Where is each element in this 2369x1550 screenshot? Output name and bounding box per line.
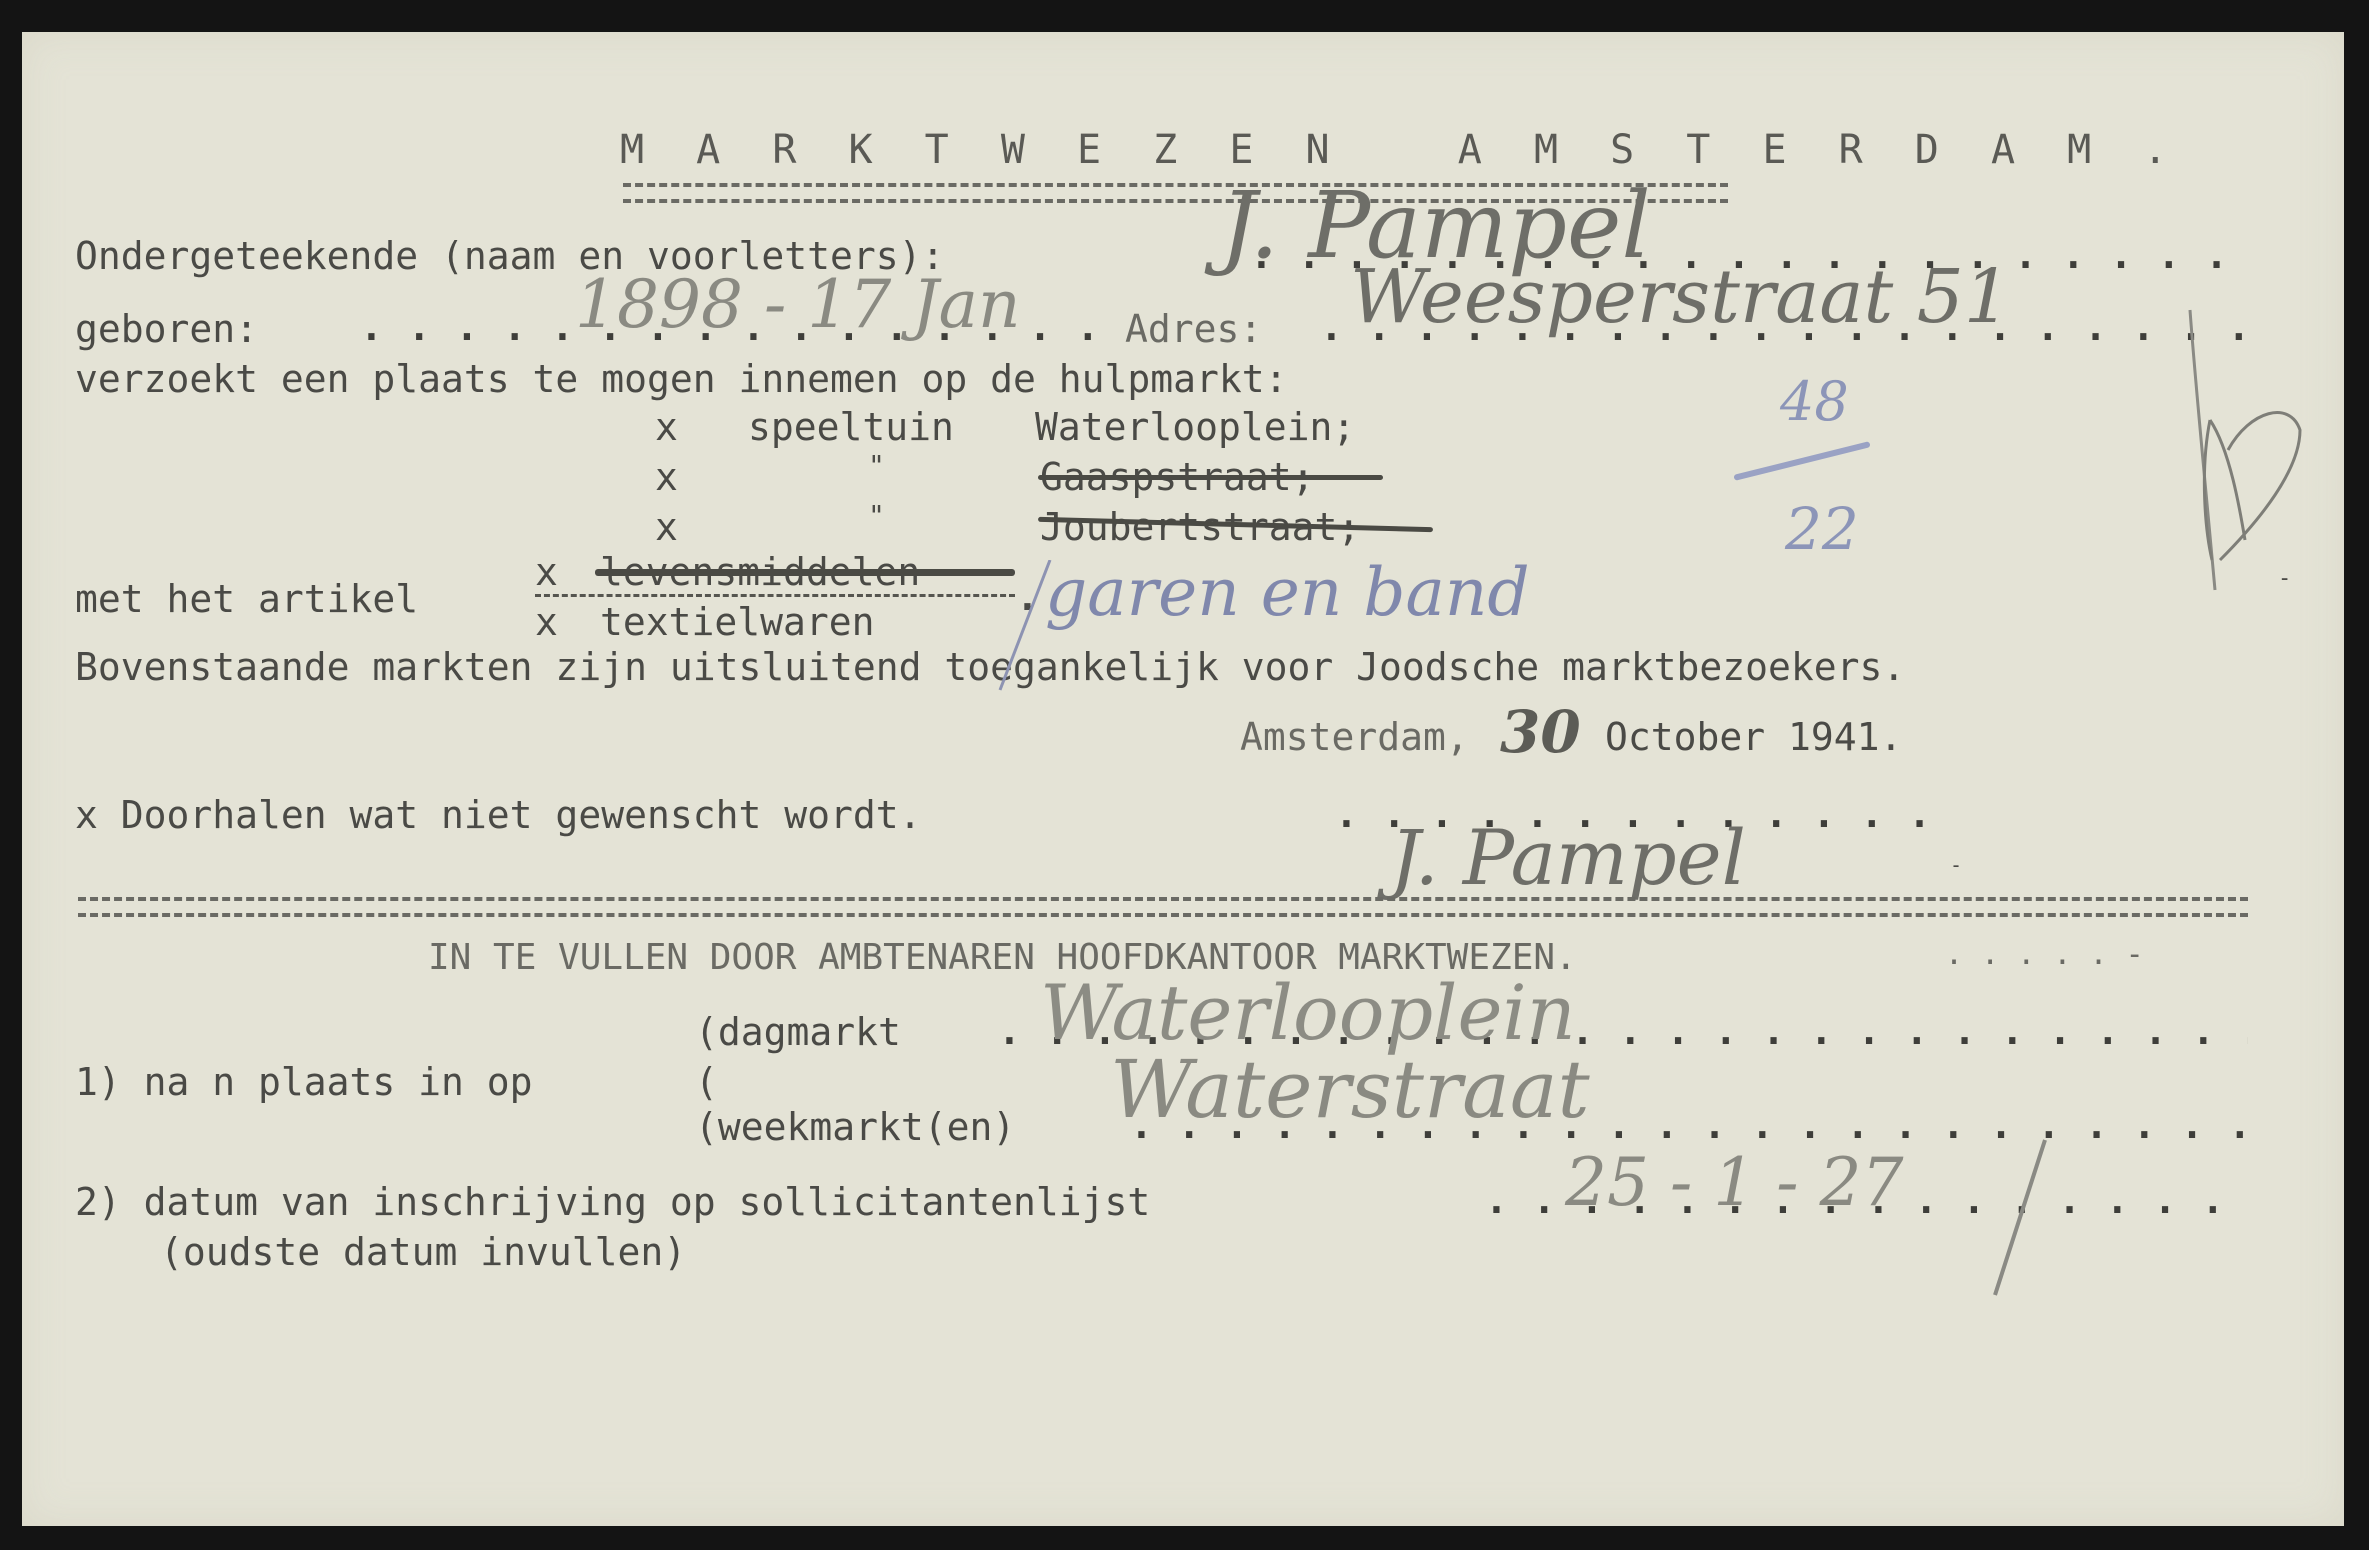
market-mark: x [655,408,678,446]
day-market-label: (dagmarkt [695,1013,901,1051]
market-prefix: speeltuin [748,408,954,446]
born-handwritten-value: 1898 - 17 Jan [575,272,1021,338]
week-market-label: (weekmarkt(en) [695,1108,1015,1146]
article-mark: x [535,553,558,591]
address-handwritten-value: Weesperstraat 51 [1350,260,2011,334]
article-option-textielwaren: textielwaren [600,603,875,641]
signature: J. Pampel [1390,820,1746,896]
ditto-mark: " [868,452,885,480]
item1-label: 1) na n plaats in op [75,1063,533,1101]
address-label: Adres: [1125,310,1262,348]
day-market-handwritten-value: Waterlooplein [1040,975,1576,1051]
document-title: M A R K T W E Z E N A M S T E R D A M . [620,130,2181,170]
market-mark: x [655,508,678,546]
date-month-year: October 1941. [1605,718,1902,756]
market-name-waterlooplein: Waterlooplein; [1035,408,1355,446]
margin-fraction-bottom: 22 [1785,500,1859,558]
strikethrough-line [1038,475,1383,480]
item2-label: 2) datum van inschrijving op sollicitant… [75,1183,1150,1221]
footnote-text: x Doorhalen wat niet gewenscht wordt. [75,796,921,834]
request-line: verzoekt een plaats te mogen innemen op … [75,360,1288,398]
market-mark: x [655,458,678,496]
article-mark: x [535,603,558,641]
pencil-stroke [1950,1120,2070,1300]
born-label: geboren: [75,310,258,348]
stray-dash: - [2278,568,2291,590]
ditto-mark: " [868,502,885,530]
place-label: Amsterdam, [1240,718,1469,756]
section-separator [78,897,2248,917]
pencil-stroke [980,560,1080,700]
heading-trailing-dots: . . . . . - [1945,940,2144,970]
margin-fraction-top: 48 [1780,375,1849,429]
article-separator [535,594,1015,597]
date-day-handwritten: 30 [1500,703,1581,761]
strikethrough-line [595,569,1015,576]
initials-pencil-mark [2150,300,2330,600]
item2-subtext: (oudste datum invullen) [160,1233,686,1271]
bracket-open: ( [695,1063,718,1101]
week-market-handwritten-value: Waterstraat [1110,1050,1590,1130]
article-handwritten-note: garen en band [1045,560,1530,626]
article-label: met het artikel [75,580,418,618]
item2-handwritten-date: 25 - 1 - 27 [1565,1150,1903,1216]
stray-mark: - [1950,855,1962,875]
